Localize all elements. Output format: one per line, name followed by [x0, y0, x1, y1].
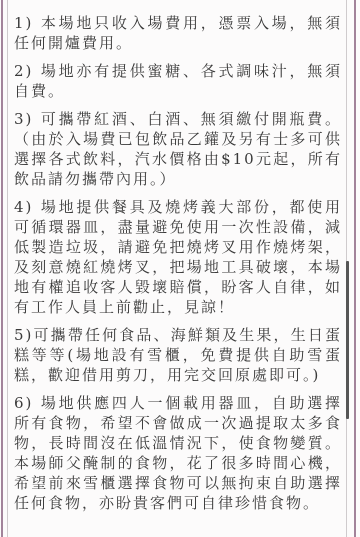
right-accent-border-line — [354, 0, 356, 537]
left-accent-border-line — [1, 0, 3, 537]
notice-item-6: 6) 場地供應四人一個載用器皿，自助選擇所有食物，希望不會做成一次過提取太多食物… — [14, 393, 342, 513]
notice-item-4: 4) 場地提供餐具及燒烤義大部份，都使用可循環器皿，盡量避免使用一次性設備，減低… — [14, 197, 342, 317]
notice-text-body: 1) 本場地只收入場費用，憑票入場，無須任何開爐費用。 2) 場地亦有提供蜜糖、… — [8, 0, 344, 521]
notice-item-2: 2) 場地亦有提供蜜糖、各式調味汁，無須自費。 — [14, 61, 342, 101]
notice-item-3: 3) 可攜帶紅酒、白酒、無須繳付開瓶費。（由於入場費已包飲品乙鑵及另有士多可供選… — [14, 109, 342, 189]
scrollbar-thumb[interactable] — [346, 261, 349, 419]
venue-rules-notice: 1) 本場地只收入場費用，憑票入場，無須任何開爐費用。 2) 場地亦有提供蜜糖、… — [0, 0, 360, 537]
notice-item-5: 5)可攜帶任何食品、海鮮類及生果，生日蛋糕等等(場地設有雪櫃，免費提供自助雪蛋糕… — [14, 325, 342, 385]
notice-item-1: 1) 本場地只收入場費用，憑票入場，無須任何開爐費用。 — [14, 13, 342, 53]
